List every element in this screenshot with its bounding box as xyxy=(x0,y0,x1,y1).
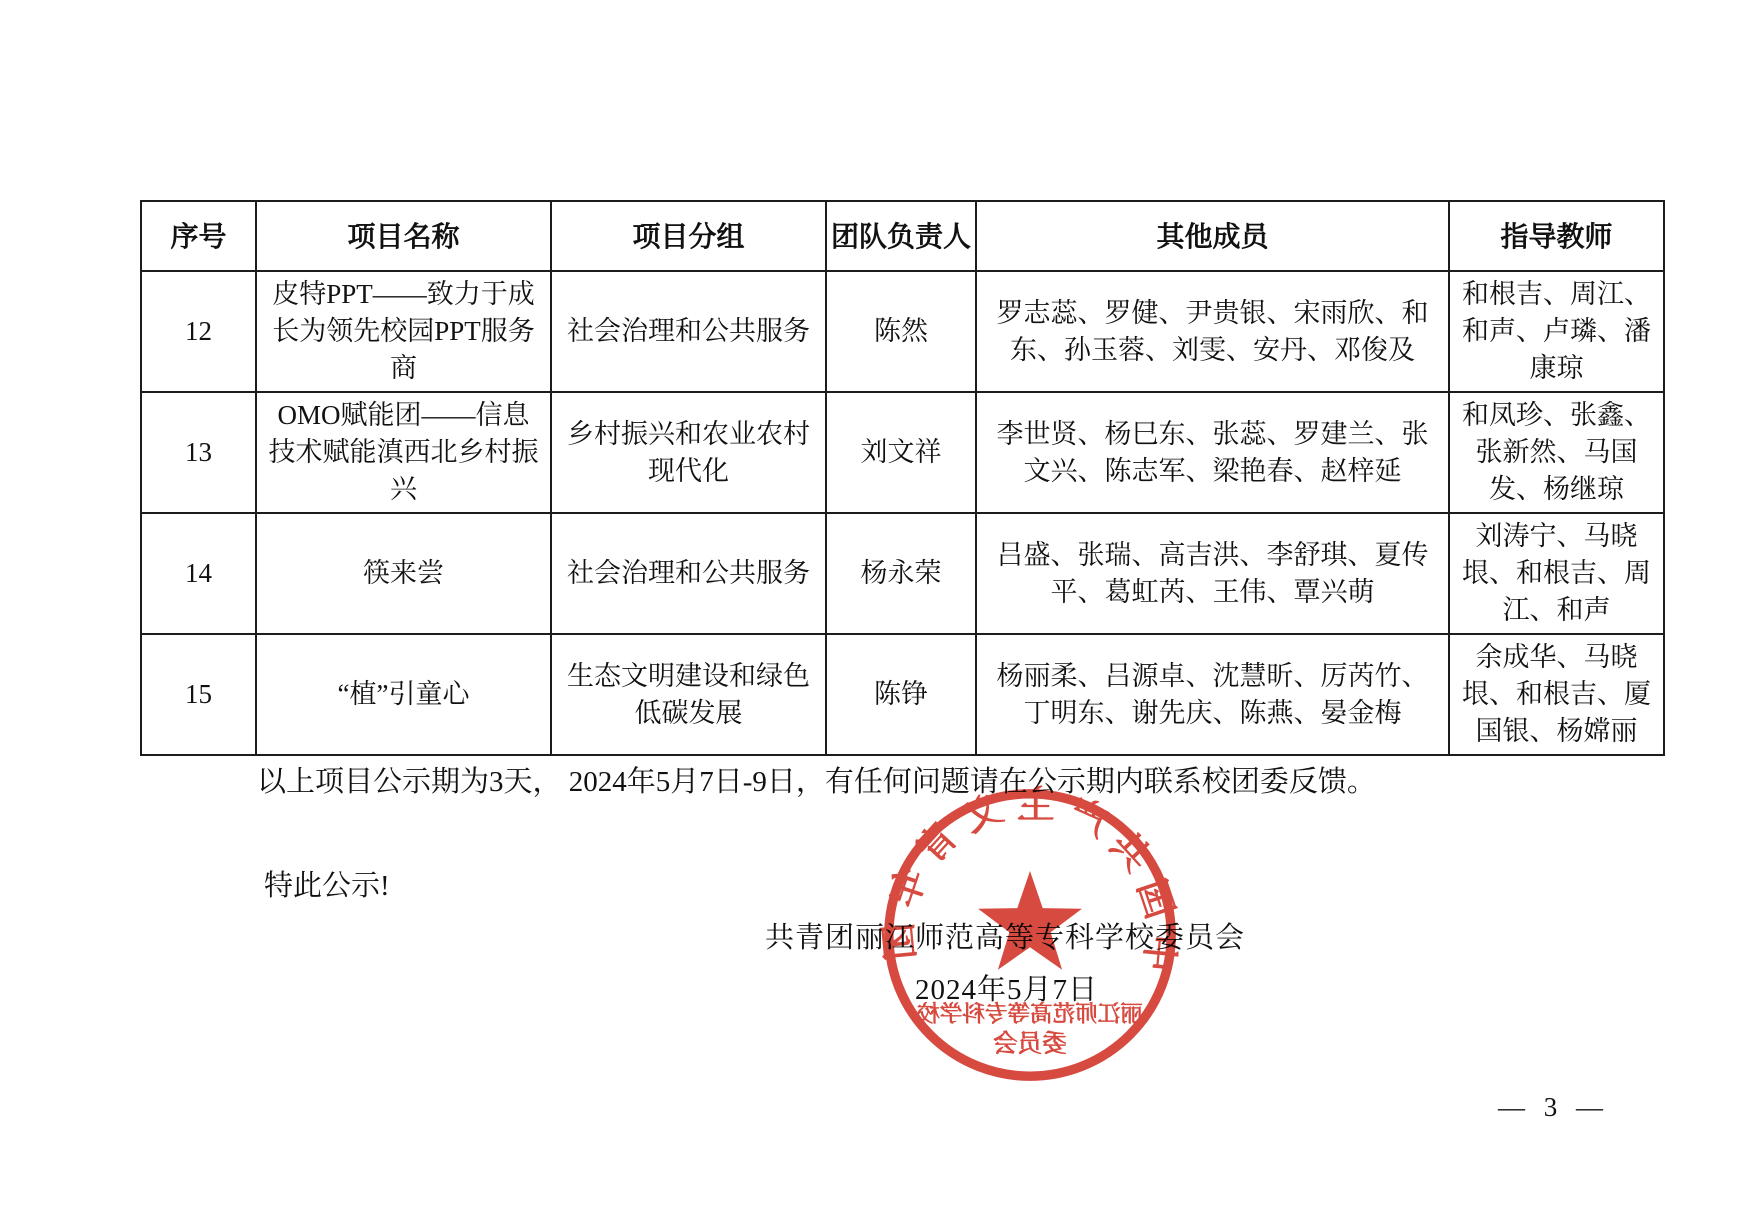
cell-team-leader: 陈然 xyxy=(826,271,976,392)
table-row: 14 筷来尝 社会治理和公共服务 杨永荣 吕盛、张瑞、高吉洪、李舒琪、夏传平、葛… xyxy=(141,513,1664,634)
seal-star-icon xyxy=(978,871,1082,970)
table-row: 13 OMO赋能团——信息技术赋能滇西北乡村振兴 乡村振兴和农业农村现代化 刘文… xyxy=(141,392,1664,513)
cell-advisors: 余成华、马晓垠、和根吉、厦国银、杨嫦丽 xyxy=(1449,634,1664,755)
cell-advisors: 和凤珍、张鑫、张新然、马国发、杨继琼 xyxy=(1449,392,1664,513)
cell-other-members: 杨丽柔、吕源卓、沈慧昕、厉芮竹、丁明东、谢先庆、陈燕、晏金梅 xyxy=(976,634,1449,755)
cell-project-group: 社会治理和公共服务 xyxy=(551,513,826,634)
column-header-other-members: 其他成员 xyxy=(976,201,1449,271)
column-header-project-group: 项目分组 xyxy=(551,201,826,271)
column-header-team-leader: 团队负责人 xyxy=(826,201,976,271)
cell-advisors: 刘涛宁、马晓垠、和根吉、周江、和声 xyxy=(1449,513,1664,634)
cell-project-group: 乡村振兴和农业农村现代化 xyxy=(551,392,826,513)
cell-team-leader: 刘文祥 xyxy=(826,392,976,513)
cell-serial-number: 12 xyxy=(141,271,256,392)
proclamation-text: 特此公示! xyxy=(264,863,390,904)
page-number: — 3 — xyxy=(1498,1092,1609,1123)
projects-table: 序号 项目名称 项目分组 团队负责人 其他成员 指导教师 12 皮特PPT——致… xyxy=(140,200,1665,756)
cell-other-members: 李世贤、杨巳东、张蕊、罗建兰、张文兴、陈志军、梁艳春、赵梓延 xyxy=(976,392,1449,513)
column-header-advisors: 指导教师 xyxy=(1449,201,1664,271)
cell-team-leader: 陈铮 xyxy=(826,634,976,755)
seal-school-name: 丽江师范高等专科学校 xyxy=(916,1001,1143,1027)
cell-serial-number: 15 xyxy=(141,634,256,755)
official-red-seal: 中国共产主义青年团 丽江师范高等专科学校 委员会 xyxy=(870,775,1190,1095)
seal-graphic: 中国共产主义青年团 丽江师范高等专科学校 委员会 xyxy=(870,775,1190,1095)
table-row: 15 “植”引童心 生态文明建设和绿色低碳发展 陈铮 杨丽柔、吕源卓、沈慧昕、厉… xyxy=(141,634,1664,755)
cell-project-name: 皮特PPT——致力于成长为领先校园PPT服务商 xyxy=(256,271,551,392)
cell-other-members: 罗志蕊、罗健、尹贵银、宋雨欣、和东、孙玉蓉、刘雯、安丹、邓俊及 xyxy=(976,271,1449,392)
table-row: 12 皮特PPT——致力于成长为领先校园PPT服务商 社会治理和公共服务 陈然 … xyxy=(141,271,1664,392)
cell-project-name: OMO赋能团——信息技术赋能滇西北乡村振兴 xyxy=(256,392,551,513)
table-header-row: 序号 项目名称 项目分组 团队负责人 其他成员 指导教师 xyxy=(141,201,1664,271)
cell-project-group: 社会治理和公共服务 xyxy=(551,271,826,392)
cell-team-leader: 杨永荣 xyxy=(826,513,976,634)
cell-project-group: 生态文明建设和绿色低碳发展 xyxy=(551,634,826,755)
seal-committee-text: 委员会 xyxy=(993,1029,1067,1058)
cell-serial-number: 14 xyxy=(141,513,256,634)
cell-project-name: “植”引童心 xyxy=(256,634,551,755)
cell-advisors: 和根吉、周江、和声、卢璘、潘康琼 xyxy=(1449,271,1664,392)
cell-project-name: 筷来尝 xyxy=(256,513,551,634)
cell-other-members: 吕盛、张瑞、高吉洪、李舒琪、夏传平、葛虹芮、王伟、覃兴萌 xyxy=(976,513,1449,634)
column-header-serial: 序号 xyxy=(141,201,256,271)
cell-serial-number: 13 xyxy=(141,392,256,513)
document-page: 序号 项目名称 项目分组 团队负责人 其他成员 指导教师 12 皮特PPT——致… xyxy=(0,0,1737,1224)
column-header-project-name: 项目名称 xyxy=(256,201,551,271)
